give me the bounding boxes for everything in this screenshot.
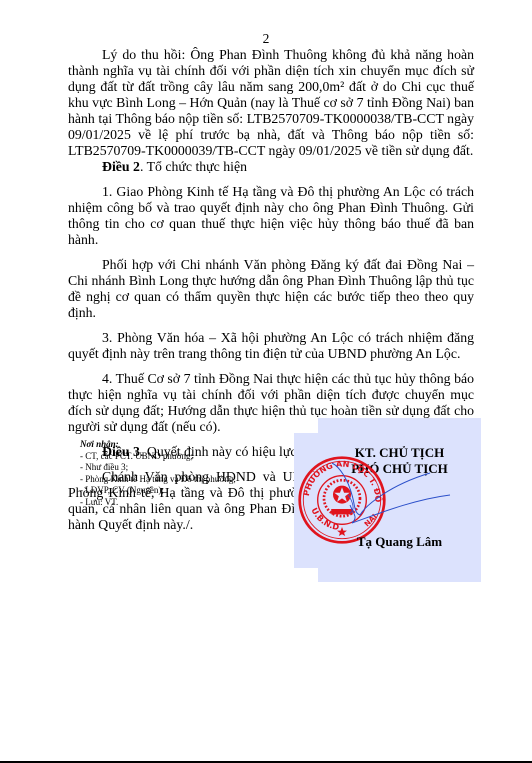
- handwritten-signature-icon: [330, 455, 480, 545]
- article-2-heading: Điều 2. Tổ chức thực hiện: [68, 159, 474, 175]
- item-1b-paragraph: Phối hợp với Chi nhánh Văn phòng Đăng ký…: [68, 257, 474, 321]
- document-page: 2 Lý do thu hồi: Ông Phan Đình Thuông kh…: [0, 0, 532, 761]
- recipient-item: - CT, các PCT. UBND phường;: [80, 451, 236, 463]
- recipient-item: - Như điều 3;: [80, 462, 236, 474]
- article-2-title: . Tổ chức thực hiện: [140, 159, 247, 174]
- recipient-item: - Phòng Kinh tế Hạ tầng và Đô thị phường…: [80, 474, 236, 486]
- recipients-title: Nơi nhận:: [80, 439, 236, 451]
- page-number: 2: [0, 31, 532, 47]
- item-1-paragraph: 1. Giao Phòng Kinh tế Hạ tầng và Đô thị …: [68, 184, 474, 248]
- recipient-item: - LĐVP, CV (Nguyên);: [80, 485, 236, 497]
- signer-name: Tạ Quang Lâm: [318, 534, 481, 550]
- recipient-item: - Lưu: VT.: [80, 497, 236, 509]
- recipients-block: Nơi nhận: - CT, các PCT. UBND phường; - …: [80, 439, 236, 509]
- reason-paragraph: Lý do thu hồi: Ông Phan Đình Thuông khôn…: [68, 47, 474, 159]
- item-3-paragraph: 3. Phòng Văn hóa – Xã hội phường An Lộc …: [68, 330, 474, 362]
- article-2-label: Điều 2: [102, 159, 140, 174]
